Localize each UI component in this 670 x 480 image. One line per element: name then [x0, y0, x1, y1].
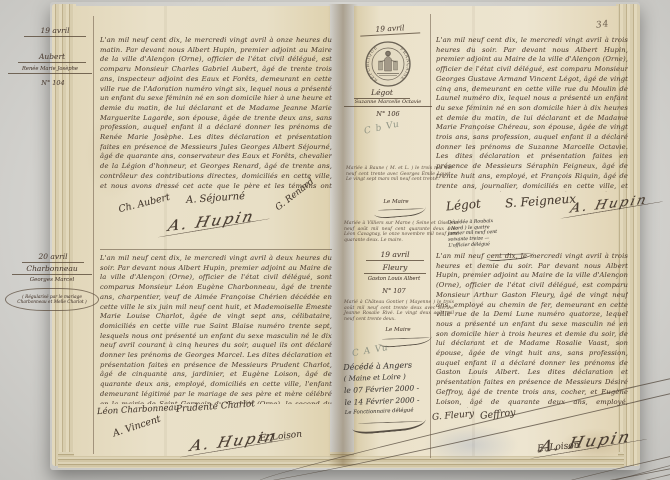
scanned-register-spread: 34 19 avril Aubert Renée Marie Josèphe N… [0, 0, 670, 480]
legitimation-note: ( Régularisé par le mariage Charbonneau … [5, 288, 99, 311]
marriage-annotation: Mariée à Villiers sur Marne ( Seine et O… [344, 221, 458, 244]
margin-date: 20 avril [22, 252, 84, 263]
birth-act-text: L'an mil neuf cent dix, le mercredi ving… [436, 252, 628, 408]
margin-act-number: N° 104 [28, 79, 78, 87]
republique-francaise-seal: RÉPUBLIQUE FRANÇAISE [364, 40, 412, 88]
margin-given-names: Renée Marie Josèphe [8, 66, 92, 74]
left-act-separator [100, 249, 332, 250]
margin-given-names: Suzanne Marcelle Octavie [344, 99, 432, 107]
margin-surname: Fleury [364, 263, 426, 274]
margin-date: 19 avril [24, 26, 86, 37]
birth-act-text: L'an mil neuf cent dix, le mercredi ving… [436, 36, 628, 192]
margin-act-number: N° 107 [368, 287, 420, 295]
margin-given-names: Georges Marcel [18, 277, 86, 283]
margin-surname: Légot [354, 88, 410, 99]
left-margin-rule [93, 16, 94, 454]
margin-surname: Aubert [18, 52, 86, 63]
margin-surname: Charbonneau [12, 264, 92, 275]
folio-number: 34 [595, 19, 610, 31]
margin-date: 19 avril [366, 250, 424, 261]
birth-act-text: L'an mil neuf cent dix, le mercredi ving… [100, 254, 332, 404]
margin-given-names: Gaston Louis Albert [350, 276, 438, 282]
birth-act-text: L'an mil neuf cent dix, le mercredi ving… [100, 36, 332, 190]
margin-act-number: N° 106 [364, 110, 412, 118]
death-mention: Décédée à Roubaix ( Nord ) le quatre jan… [448, 217, 545, 249]
